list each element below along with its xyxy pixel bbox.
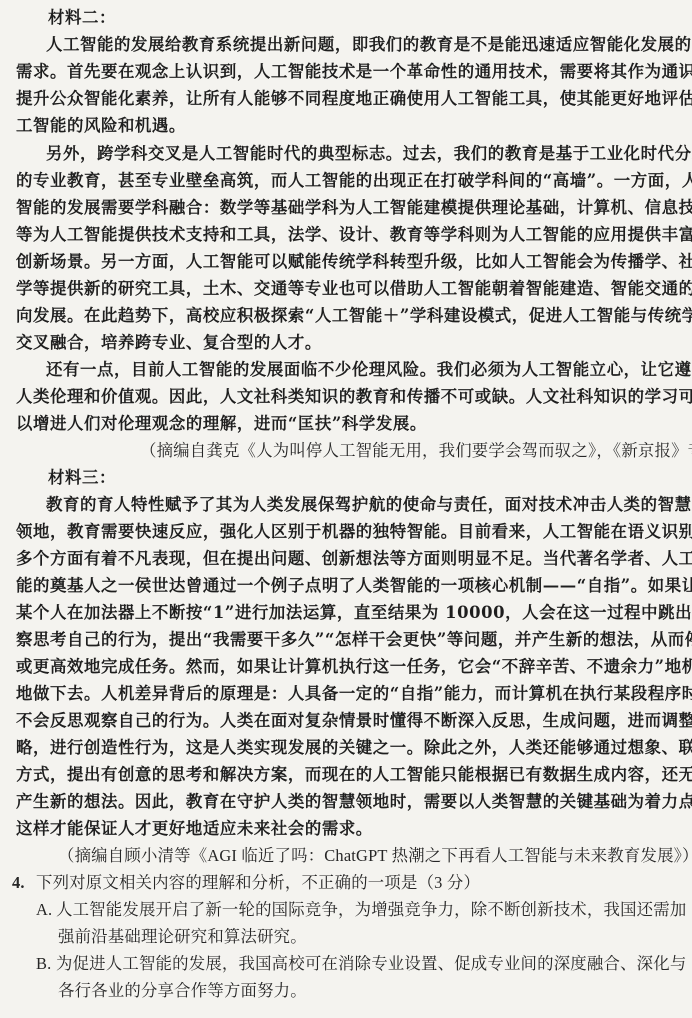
material2-line: 提升公众智能化素养，让所有人能够不同程度地正确使用人工智能工具，使其能更好地评估…: [16, 85, 680, 112]
material3-line: 领地，教育需要快速反应，强化人区别于机器的独特智能。目前看来，人工智能在语义识别…: [16, 518, 680, 545]
material3-line: 或更高效地完成任务。然而，如果让计算机执行这一任务，它会“不辞辛苦、不遗余力”地…: [16, 653, 680, 680]
option-text: 为促进人工智能的发展，我国高校可在消除专业设置、促成专业间的深度融合、深化与: [56, 950, 682, 977]
material2-line: 工智能的风险和机遇。: [16, 112, 186, 139]
material3-line: 教育的育人特性赋予了其为人类发展保驾护航的使命与责任，面对技术冲击人类的智慧: [46, 491, 680, 518]
material3-line: 略，进行创造性行为，这是人类实现发展的关键之一。除此之外，人类还能够通过想象、联…: [16, 734, 680, 761]
question-stem: 下列对原文相关内容的理解和分析，不正确的一项是（3 分）: [36, 869, 480, 896]
material2-source: （摘编自龚克《人为叫停人工智能无用，我们要学会驾而驭之》，《新京报》专访）: [140, 437, 692, 464]
exam-page: 材料二： 人工智能的发展给教育系统提出新问题，即我们的教育是不是能迅速适应智能化…: [0, 0, 692, 1018]
material2-line: 另外，跨学科交叉是人工智能时代的典型标志。过去，我们的教育是基于工业化时代分工: [46, 140, 680, 167]
material3-line: 产生新的想法。因此，教育在守护人类的智慧领地时，需要以人类智慧的关键基础为着力点…: [16, 788, 680, 815]
material2-line: 以增进人们对伦理观念的理解，进而“匡扶”科学发展。: [16, 410, 427, 437]
option-label: A.: [36, 896, 52, 923]
material2-line: 还有一点，目前人工智能的发展面临不少伦理风险。我们必须为人工智能立心，让它遵守: [46, 356, 680, 383]
material2-line: 的专业教育，甚至专业壁垒高筑，而人工智能的出现正在打破学科间的“高墙”。一方面，…: [16, 167, 680, 194]
material2-heading: 材料二：: [48, 4, 116, 31]
option-text: 人工智能发展开启了新一轮的国际竞争，为增强竞争力，除不断创新技术，我国还需加: [56, 896, 682, 923]
material3-line: 能的奠基人之一侯世达曾通过一个例子点明了人类智能的一项核心机制——“自指”。如果…: [16, 572, 680, 599]
material3-line: 察思考自己的行为，提出“我需要干多久”“怎样干会更快”等问题，并产生新的想法，从…: [16, 626, 680, 653]
material3-line: 不会反思观察自己的行为。人类在面对复杂情景时懂得不断深入反思，生成问题，进而调整…: [16, 707, 680, 734]
question-number: 4.: [12, 869, 25, 896]
material3-line: 方式，提出有创意的思考和解决方案，而现在的人工智能只能根据已有数据生成内容，还无…: [16, 761, 680, 788]
material2-line: 需求。首先要在观念上认识到，人工智能技术是一个革命性的通用技术，需要将其作为通识…: [16, 58, 680, 85]
material3-line: 地做下去。人机差异背后的原理是：人具备一定的“自指”能力，而计算机在执行某段程序…: [16, 680, 680, 707]
material2-line: 智能的发展需要学科融合：数学等基础学科为人工智能建模提供理论基础，计算机、信息技…: [16, 194, 680, 221]
material2-line: 等为人工智能提供技术支持和工具，法学、设计、教育等学科则为人工智能的应用提供丰富…: [16, 221, 680, 248]
material3-line: 这样才能保证人才更好地适应未来社会的需求。: [16, 815, 373, 842]
material3-heading: 材料三：: [48, 464, 116, 491]
material3-line: 某个人在加法器上不断按“1”进行加法运算，直至结果为 10000，人会在这一过程…: [16, 599, 680, 626]
material2-line: 交叉融合，培养跨专业、复合型的人才。: [16, 329, 322, 356]
option-text: 强前沿基础理论研究和算法研究。: [58, 923, 307, 950]
material2-line: 人类伦理和价值观。因此，人文社科类知识的教育和传播不可或缺。人文社科知识的学习可: [16, 383, 680, 410]
material3-source: （摘编自顾小清等《AGI 临近了吗：ChatGPT 热潮之下再看人工智能与未来教…: [58, 842, 692, 869]
material2-line: 学等提供新的研究工具，土木、交通等专业也可以借助人工智能朝着智能建造、智能交通的…: [16, 275, 680, 302]
material2-line: 向发展。在此趋势下，高校应积极探索“人工智能＋”学科建设模式，促进人工智能与传统…: [16, 302, 680, 329]
option-label: B.: [36, 950, 51, 977]
material2-line: 创新场景。另一方面，人工智能可以赋能传统学科转型升级，比如人工智能会为传播学、社…: [16, 248, 680, 275]
option-text: 各行各业的分享合作等方面努力。: [58, 977, 307, 1004]
material2-line: 人工智能的发展给教育系统提出新问题，即我们的教育是不是能迅速适应智能化发展的: [46, 31, 680, 58]
material3-line: 多个方面有着不凡表现，但在提出问题、创新想法等方面则明显不足。当代著名学者、人工…: [16, 545, 680, 572]
